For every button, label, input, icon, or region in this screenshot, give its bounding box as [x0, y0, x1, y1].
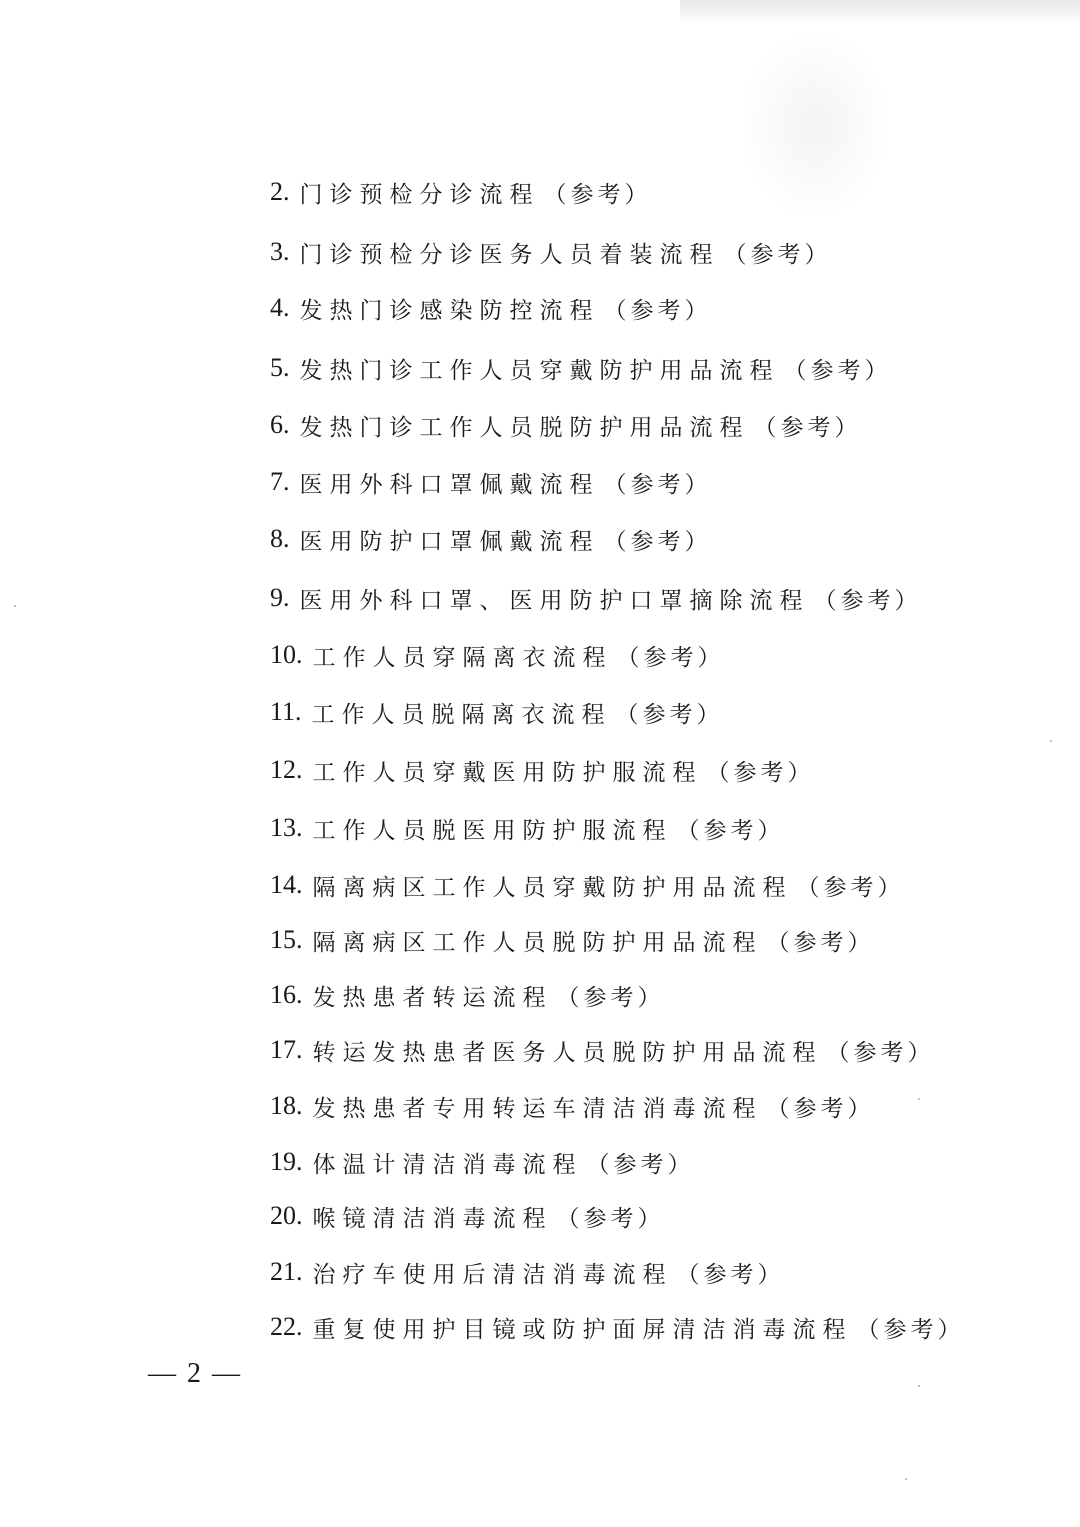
list-item: 21.治疗车使用后清洁消毒流程（参考）: [270, 1252, 785, 1292]
list-item: 16.发热患者转运流程（参考）: [270, 975, 665, 1015]
item-number: 12.: [270, 755, 303, 785]
item-reference-note: （参考）: [767, 1090, 875, 1123]
item-reference-note: （参考）: [557, 979, 665, 1012]
item-number: 5.: [270, 353, 290, 383]
item-reference-note: （参考）: [617, 639, 725, 672]
item-number: 2.: [270, 177, 290, 207]
item-number: 22.: [270, 1312, 303, 1342]
list-item: 7.医用外科口罩佩戴流程（参考）: [270, 462, 712, 502]
item-title: 隔离病区工作人员脱防护用品流程: [313, 924, 763, 957]
list-item: 6.发热门诊工作人员脱防护用品流程（参考）: [270, 405, 862, 445]
item-number: 18.: [270, 1091, 303, 1121]
item-number: 14.: [270, 870, 303, 900]
list-item: 13.工作人员脱医用防护服流程（参考）: [270, 808, 785, 848]
list-item: 18.发热患者专用转运车清洁消毒流程（参考）: [270, 1086, 875, 1126]
item-reference-note: （参考）: [724, 236, 832, 269]
item-reference-note: （参考）: [814, 582, 922, 615]
item-title: 医用外科口罩佩戴流程: [300, 466, 600, 499]
item-number: 16.: [270, 980, 303, 1010]
list-item: 5.发热门诊工作人员穿戴防护用品流程（参考）: [270, 348, 892, 388]
item-reference-note: （参考）: [604, 523, 712, 556]
item-reference-note: （参考）: [754, 409, 862, 442]
item-reference-note: （参考）: [767, 924, 875, 957]
item-number: 11.: [270, 697, 302, 727]
list-item: 20.喉镜清洁消毒流程（参考）: [270, 1196, 665, 1236]
item-title: 体温计清洁消毒流程: [313, 1146, 583, 1179]
scan-speck: [905, 1478, 907, 1480]
item-reference-note: （参考）: [797, 869, 905, 902]
item-title: 工作人员脱医用防护服流程: [313, 812, 673, 845]
list-item: 10.工作人员穿隔离衣流程（参考）: [270, 635, 725, 675]
item-number: 20.: [270, 1201, 303, 1231]
item-reference-note: （参考）: [604, 292, 712, 325]
list-item: 12.工作人员穿戴医用防护服流程（参考）: [270, 750, 815, 790]
item-title: 门诊预检分诊流程: [300, 176, 540, 209]
item-number: 7.: [270, 467, 290, 497]
item-reference-note: （参考）: [544, 176, 652, 209]
scan-edge-shadow: [680, 0, 1080, 24]
list-item: 19.体温计清洁消毒流程（参考）: [270, 1142, 695, 1182]
item-number: 21.: [270, 1257, 303, 1287]
item-title: 治疗车使用后清洁消毒流程: [313, 1256, 673, 1289]
item-title: 工作人员脱隔离衣流程: [312, 696, 612, 729]
item-title: 转运发热患者医务人员脱防护用品流程: [313, 1034, 823, 1067]
item-number: 17.: [270, 1035, 303, 1065]
item-title: 喉镜清洁消毒流程: [313, 1200, 553, 1233]
scan-speck: [14, 605, 16, 607]
list-item: 17.转运发热患者医务人员脱防护用品流程（参考）: [270, 1030, 935, 1070]
item-number: 10.: [270, 640, 303, 670]
list-item: 8.医用防护口罩佩戴流程（参考）: [270, 519, 712, 559]
item-title: 隔离病区工作人员穿戴防护用品流程: [313, 869, 793, 902]
item-title: 工作人员穿隔离衣流程: [313, 639, 613, 672]
list-item: 2.门诊预检分诊流程（参考）: [270, 172, 652, 212]
item-number: 19.: [270, 1147, 303, 1177]
item-reference-note: （参考）: [677, 812, 785, 845]
item-title: 门诊预检分诊医务人员着装流程: [300, 236, 720, 269]
item-reference-note: （参考）: [587, 1146, 695, 1179]
item-number: 15.: [270, 925, 303, 955]
item-reference-note: （参考）: [557, 1200, 665, 1233]
item-number: 9.: [270, 583, 290, 613]
item-number: 3.: [270, 237, 290, 267]
item-reference-note: （参考）: [857, 1311, 965, 1344]
list-item: 4.发热门诊感染防控流程（参考）: [270, 288, 712, 328]
list-item: 22.重复使用护目镜或防护面屏清洁消毒流程（参考）: [270, 1307, 965, 1347]
item-title: 发热患者专用转运车清洁消毒流程: [313, 1090, 763, 1123]
list-item: 11.工作人员脱隔离衣流程（参考）: [270, 692, 724, 732]
item-title: 发热门诊工作人员穿戴防护用品流程: [300, 352, 780, 385]
scan-speck: [918, 1385, 920, 1387]
item-title: 发热门诊感染防控流程: [300, 292, 600, 325]
scan-speck: [918, 1098, 920, 1100]
item-number: 13.: [270, 813, 303, 843]
item-reference-note: （参考）: [604, 466, 712, 499]
item-reference-note: （参考）: [784, 352, 892, 385]
item-title: 发热门诊工作人员脱防护用品流程: [300, 409, 750, 442]
item-number: 6.: [270, 410, 290, 440]
item-reference-note: （参考）: [707, 754, 815, 787]
list-item: 9.医用外科口罩、医用防护口罩摘除流程（参考）: [270, 578, 922, 618]
item-reference-note: （参考）: [677, 1256, 785, 1289]
item-title: 工作人员穿戴医用防护服流程: [313, 754, 703, 787]
item-title: 医用外科口罩、医用防护口罩摘除流程: [300, 582, 810, 615]
item-title: 发热患者转运流程: [313, 979, 553, 1012]
scan-speck: [1050, 740, 1052, 742]
item-reference-note: （参考）: [827, 1034, 935, 1067]
list-item: 3.门诊预检分诊医务人员着装流程（参考）: [270, 232, 832, 272]
list-item: 14.隔离病区工作人员穿戴防护用品流程（参考）: [270, 865, 905, 905]
page-number: — 2 —: [148, 1358, 242, 1390]
item-reference-note: （参考）: [616, 696, 724, 729]
list-item: 15.隔离病区工作人员脱防护用品流程（参考）: [270, 920, 875, 960]
item-number: 4.: [270, 293, 290, 323]
item-title: 医用防护口罩佩戴流程: [300, 523, 600, 556]
scan-texture: [740, 30, 890, 220]
item-number: 8.: [270, 524, 290, 554]
item-title: 重复使用护目镜或防护面屏清洁消毒流程: [313, 1311, 853, 1344]
